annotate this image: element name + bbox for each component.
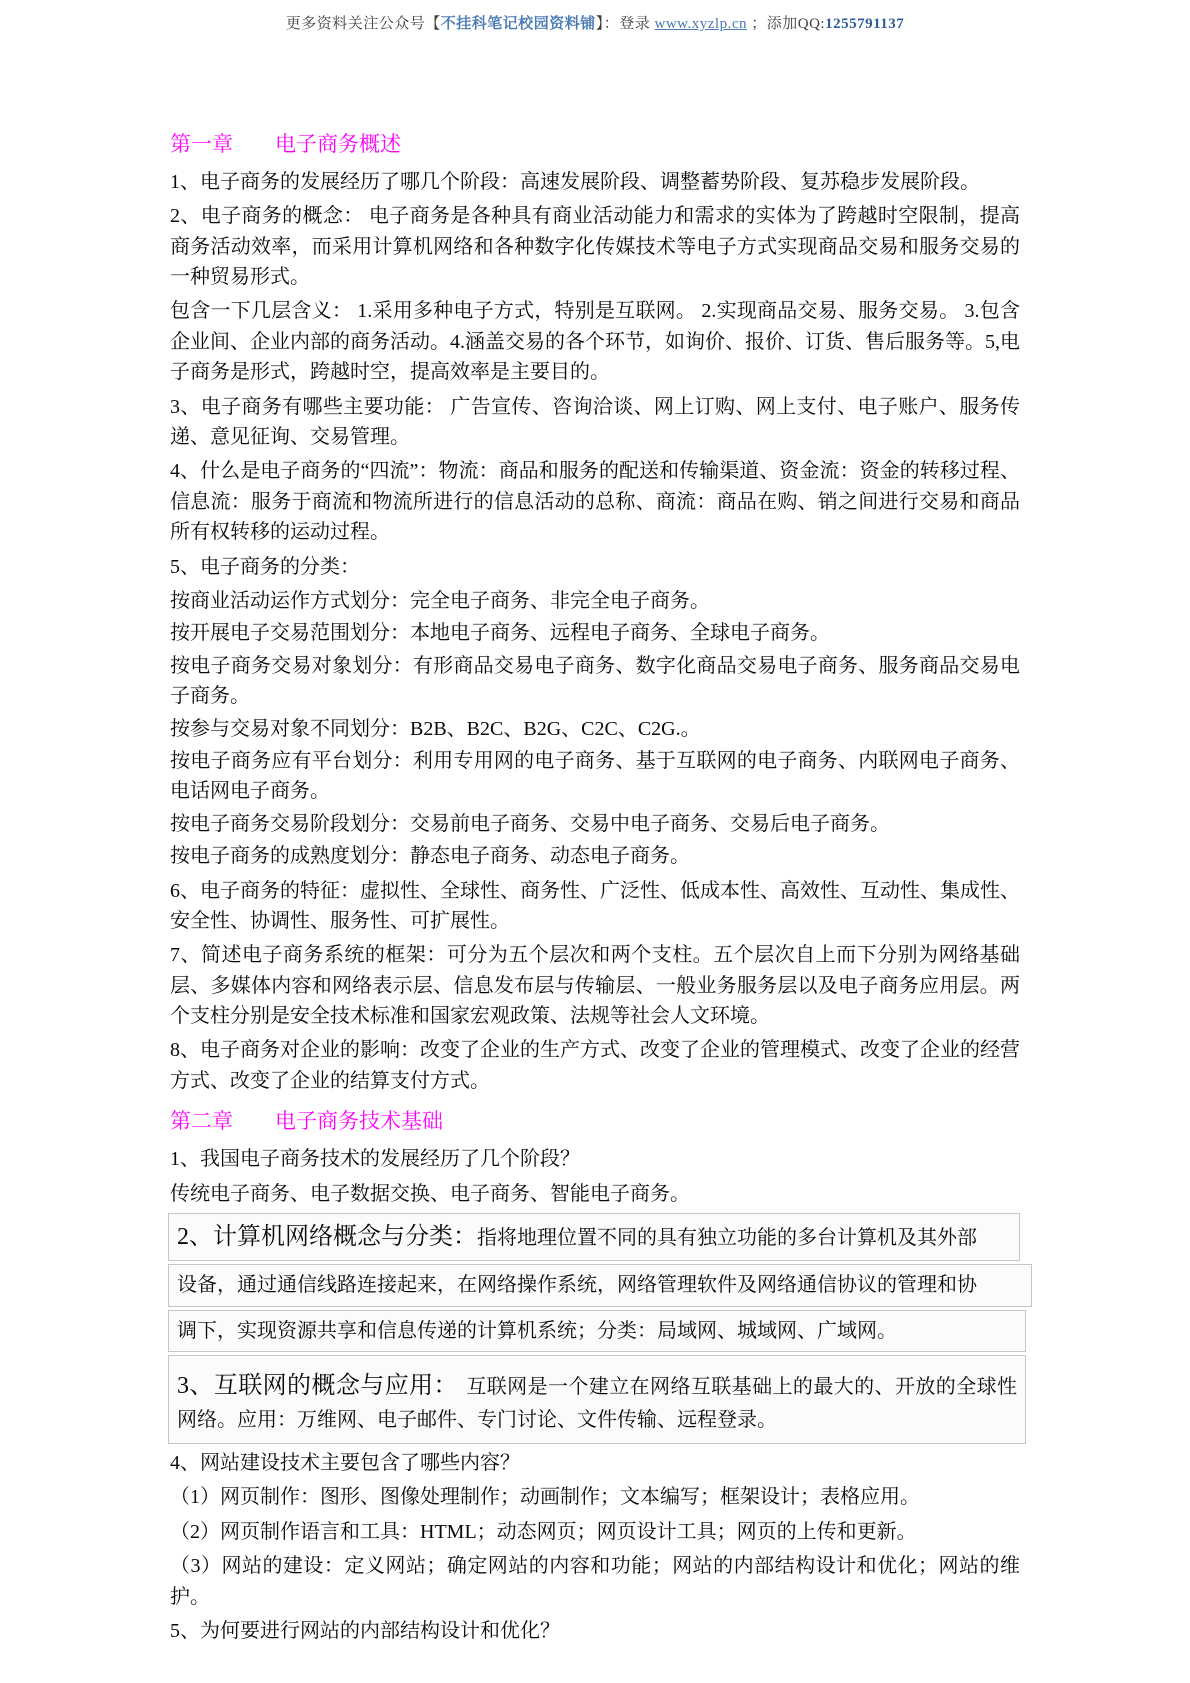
page-header: 更多资料关注公众号【不挂科笔记校园资料铺】：登录 www.xyzlp.cn ；添… bbox=[0, 0, 1190, 33]
ch1-paragraph-16: 8、电子商务对企业的影响：改变了企业的生产方式、改变了企业的管理模式、改变了企业… bbox=[170, 1035, 1020, 1096]
ch1-paragraph-15: 7、简述电子商务系统的框架：可分为五个层次和两个支柱。五个层次自上而下分别为网络… bbox=[170, 940, 1020, 1031]
ch2-box-heading-internet: 3、互联网的概念与应用： bbox=[177, 1373, 446, 1399]
ch2-boxed-line-2: 设备，通过通信线路连接起来，在网络操作系统，网络管理软件及网络通信协议的管理和协 bbox=[168, 1264, 1032, 1306]
chapter-1-title: 第一章 电子商务概述 bbox=[170, 129, 1020, 161]
chapter-2-title: 第二章 电子商务技术基础 bbox=[170, 1106, 1020, 1138]
ch1-paragraph-3: 包含一下几层含义： 1.采用多种电子方式，特别是互联网。 2.实现商品交易、服务… bbox=[170, 296, 1020, 387]
header-url-link[interactable]: www.xyzlp.cn bbox=[655, 16, 748, 32]
ch1-classification-item-3: 按电子商务交易对象划分：有形商品交易电子商务、数字化商品交易电子商务、服务商品交… bbox=[170, 651, 1020, 712]
ch1-paragraph-5: 4、什么是电子商务的“四流”：物流：商品和服务的配送和传输渠道、资金流：资金的转… bbox=[170, 456, 1020, 547]
ch2-boxed-line-3: 调下，实现资源共享和信息传递的计算机系统；分类：局域网、城域网、广域网。 bbox=[168, 1310, 1026, 1352]
ch2-question-1: 1、我国电子商务技术的发展经历了几个阶段？ bbox=[170, 1144, 1020, 1174]
ch2-item-1: （1）网页制作：图形、图像处理制作；动画制作；文本编写；框架设计；表格应用。 bbox=[170, 1482, 1020, 1512]
ch2-box-heading-network: 2、计算机网络概念与分类： bbox=[177, 1224, 477, 1250]
document-body: 第一章 电子商务概述 1、电子商务的发展经历了哪几个阶段：高速发展阶段、调整蓄势… bbox=[170, 129, 1020, 1646]
ch1-classification-item-7: 按电子商务的成熟度划分：静态电子商务、动态电子商务。 bbox=[170, 841, 1020, 871]
ch2-box-text-3: 调下，实现资源共享和信息传递的计算机系统；分类：局域网、城域网、广域网。 bbox=[177, 1320, 897, 1342]
header-brand-name: 不挂科笔记校园资料铺 bbox=[441, 16, 596, 32]
ch2-question-4: 4、网站建设技术主要包含了哪些内容？ bbox=[170, 1448, 1020, 1478]
ch2-box-text-2: 设备，通过通信线路连接起来，在网络操作系统，网络管理软件及网络通信协议的管理和协 bbox=[177, 1274, 977, 1296]
header-after-brand: 】：登录 bbox=[596, 16, 655, 32]
ch2-item-3: （3）网站的建设：定义网站；确定网站的内容和功能；网站的内部结构设计和优化；网站… bbox=[170, 1551, 1020, 1612]
ch2-boxed-line-4: 3、互联网的概念与应用： 互联网是一个建立在网络互联基础上的最大的、开放的全球性… bbox=[168, 1355, 1026, 1444]
header-prefix: 更多资料关注公众号【 bbox=[286, 16, 441, 32]
header-between: ；添加QQ: bbox=[747, 16, 825, 32]
ch2-answer-1: 传统电子商务、电子数据交换、电子商务、智能电子商务。 bbox=[170, 1179, 1020, 1209]
ch1-paragraph-4: 3、电子商务有哪些主要功能： 广告宣传、咨询洽谈、网上订购、网上支付、电子账户、… bbox=[170, 392, 1020, 453]
ch1-paragraph-14: 6、电子商务的特征：虚拟性、全球性、商务性、广泛性、低成本性、高效性、互动性、集… bbox=[170, 876, 1020, 937]
ch1-paragraph-2: 2、电子商务的概念： 电子商务是各种具有商业活动能力和需求的实体为了跨越时空限制… bbox=[170, 201, 1020, 292]
ch2-question-5: 5、为何要进行网站的内部结构设计和优化？ bbox=[170, 1616, 1020, 1646]
ch1-classification-item-6: 按电子商务交易阶段划分：交易前电子商务、交易中电子商务、交易后电子商务。 bbox=[170, 809, 1020, 839]
ch1-paragraph-1: 1、电子商务的发展经历了哪几个阶段：高速发展阶段、调整蓄势阶段、复苏稳步发展阶段… bbox=[170, 167, 1020, 197]
ch1-classification-item-4: 按参与交易对象不同划分：B2B、B2C、B2G、C2C、C2G.。 bbox=[170, 714, 1020, 744]
header-qq-number: 1255791137 bbox=[825, 16, 904, 32]
ch2-item-2: （2）网页制作语言和工具：HTML；动态网页；网页设计工具；网页的上传和更新。 bbox=[170, 1517, 1020, 1547]
ch1-classification-item-2: 按开展电子交易范围划分：本地电子商务、远程电子商务、全球电子商务。 bbox=[170, 618, 1020, 648]
ch1-paragraph-6: 5、电子商务的分类： bbox=[170, 552, 1020, 582]
ch1-classification-item-1: 按商业活动运作方式划分：完全电子商务、非完全电子商务。 bbox=[170, 586, 1020, 616]
ch2-box-text-1: 指将地理位置不同的具有独立功能的多台计算机及其外部 bbox=[477, 1227, 977, 1249]
ch2-boxed-line-1: 2、计算机网络概念与分类：指将地理位置不同的具有独立功能的多台计算机及其外部 bbox=[168, 1213, 1020, 1261]
ch1-classification-item-5: 按电子商务应有平台划分：利用专用网的电子商务、基于互联网的电子商务、内联网电子商… bbox=[170, 746, 1020, 807]
